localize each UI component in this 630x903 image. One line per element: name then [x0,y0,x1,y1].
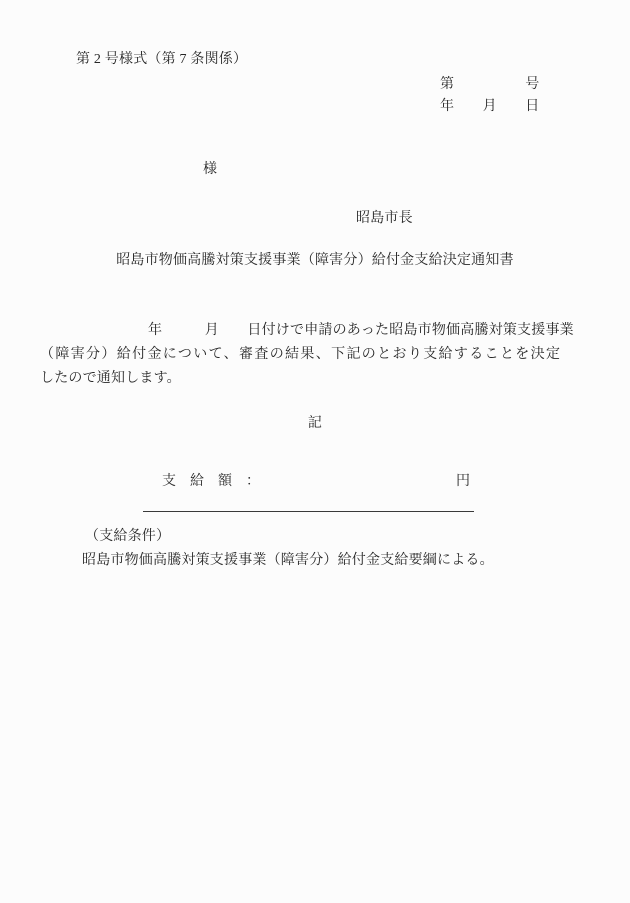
payment-amount-line: 支 給 額 ：円 [143,455,474,512]
body-line: （障害分）給付金について、審査の結果、下記のとおり支給することを決定 [40,346,561,364]
conditions-text: 昭島市物価高騰対策支援事業（障害分）給付金支給要綱による。 [82,552,494,570]
body-line: したので通知します。 [40,370,181,388]
sender-title: 昭島市長 [356,210,413,228]
conditions-heading: （支給条件） [85,528,170,546]
payment-amount-unit: 円 [456,474,470,489]
doc-date-line: 年 月 日 [440,98,539,116]
payment-amount-label: 支 給 額 ： [162,474,260,489]
document-title: 昭島市物価高騰対策支援事業（障害分）給付金支給決定通知書 [0,252,630,270]
doc-number-line: 第 号 [440,76,539,94]
addressee-suffix: 様 [203,161,217,179]
body-line: 年 月 日付けで申請のあった昭島市物価高騰対策支援事業 [148,322,574,340]
document-page: 第 2 号様式（第 7 条関係） 第 号 年 月 日 様 昭島市長 昭島市物価高… [0,0,630,903]
section-marker: 記 [0,415,630,433]
form-number: 第 2 号様式（第 7 条関係） [76,51,247,69]
